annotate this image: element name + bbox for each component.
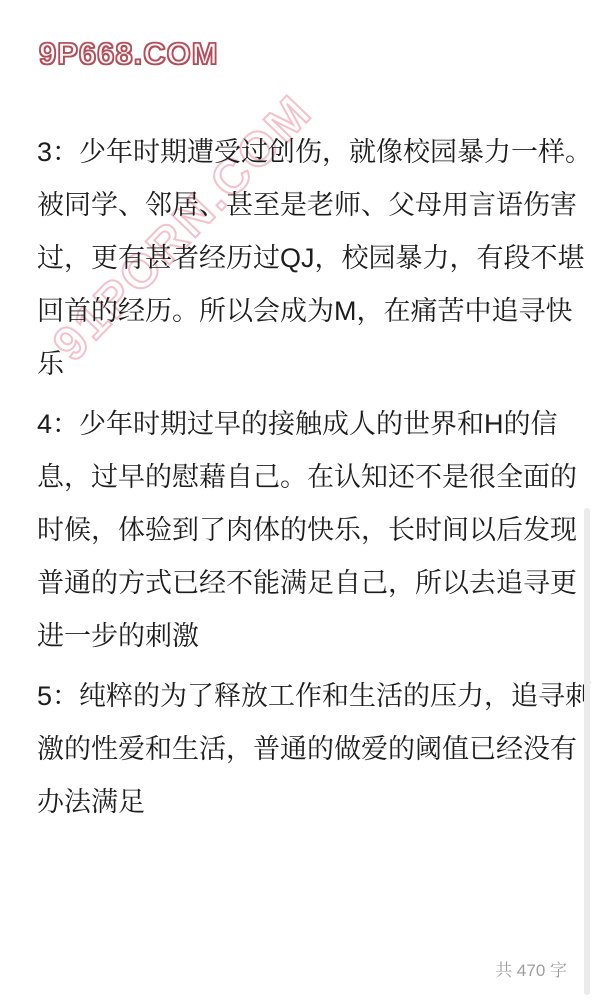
text-line: 进一步的刺激 <box>37 610 567 663</box>
text-line: 3：少年时期遭受过创伤，就像校园暴力一样。 <box>37 126 567 179</box>
document-page: 9P668.COM 91PORN.COM 3：少年时期遭受过创伤，就像校园暴力一… <box>0 0 602 1000</box>
text-line: 息，过早的慰藉自己。在认知还不是很全面的 <box>37 451 567 504</box>
paragraph-4: 4：少年时期过早的接触成人的世界和H的信 息，过早的慰藉自己。在认知还不是很全面… <box>37 398 567 663</box>
text-line: 时候，体验到了肉体的快乐，长时间以后发现 <box>37 504 567 557</box>
scrollbar-thumb[interactable] <box>584 508 590 995</box>
text-line: 乐 <box>37 338 567 391</box>
text-line: 普通的方式已经不能满足自己，所以去追寻更 <box>37 557 567 610</box>
word-count-label: 共 470 字 <box>495 956 567 981</box>
text-line: 办法满足 <box>37 776 567 829</box>
text-line: 回首的经历。所以会成为M，在痛苦中追寻快 <box>37 285 567 338</box>
text-line: 4：少年时期过早的接触成人的世界和H的信 <box>37 398 567 451</box>
site-logo-watermark: 9P668.COM <box>39 36 219 72</box>
text-line: 过，更有甚者经历过QJ，校园暴力，有段不堪 <box>37 232 567 285</box>
text-line: 激的性爱和生活，普通的做爱的阈值已经没有 <box>37 723 567 776</box>
document-body: 3：少年时期遭受过创伤，就像校园暴力一样。 被同学、邻居、甚至是老师、父母用言语… <box>37 126 567 836</box>
paragraph-5: 5：纯粹的为了释放工作和生活的压力，追寻刺 激的性爱和生活，普通的做爱的阈值已经… <box>37 670 567 829</box>
text-line: 被同学、邻居、甚至是老师、父母用言语伤害 <box>37 179 567 232</box>
paragraph-3: 3：少年时期遭受过创伤，就像校园暴力一样。 被同学、邻居、甚至是老师、父母用言语… <box>37 126 567 391</box>
text-line: 5：纯粹的为了释放工作和生活的压力，追寻刺 <box>37 670 567 723</box>
